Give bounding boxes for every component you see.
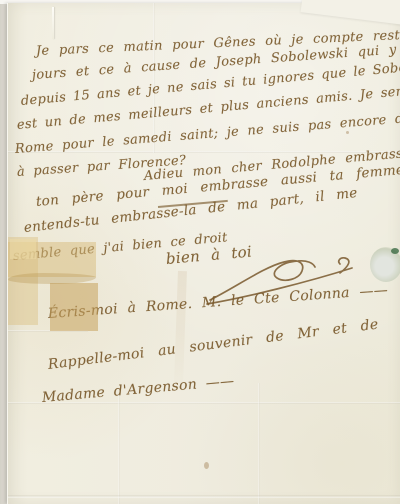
paper-slit-mark: [52, 7, 54, 39]
postscript-line: Madame d'Argenson ——: [41, 373, 235, 406]
ink-bleed-smudge: [174, 271, 187, 383]
letter-paper: Je pars ce matin pour Gênes où je compte…: [7, 3, 400, 504]
tape-highlight: [10, 239, 36, 259]
fold-crease: [118, 395, 120, 504]
stain-blot: [370, 247, 400, 282]
paper-bottom-edge: [8, 495, 400, 498]
tape-repair: [8, 237, 102, 331]
fold-crease: [258, 383, 260, 504]
fold-corner-top-right: [301, 0, 400, 26]
letter-scan: Je pars ce matin pour Gênes où je compte…: [0, 0, 400, 504]
ink-speck: [204, 462, 209, 469]
stain-fleck: [391, 248, 399, 254]
tape-strip: [50, 283, 98, 331]
ink-speck: [346, 131, 349, 134]
